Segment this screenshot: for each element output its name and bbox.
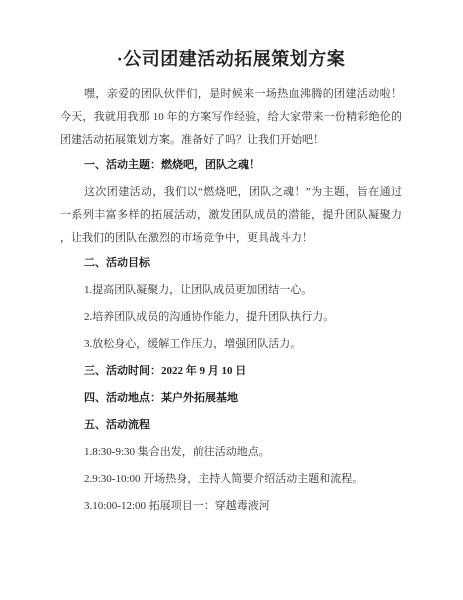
document-title: ·公司团建活动拓展策划方案	[60, 46, 402, 72]
doc-line: 今天，我就用我那 10 年的方案写作经验，给大家带来一份精彩绝伦的	[60, 106, 402, 129]
section-heading: 四、活动地点：某户外拓展基地	[60, 387, 402, 410]
document-body: 嘿，亲爱的团队伙伴们，是时候来一场热血沸腾的团建活动啦！今天，我就用我那 10 …	[60, 83, 402, 518]
document-page: ·公司团建活动拓展策划方案 嘿，亲爱的团队伙伴们，是时候来一场热血沸腾的团建活动…	[0, 0, 463, 600]
list-item: 1.提高团队凝聚力，让团队成员更加团结一心。	[60, 279, 402, 302]
list-item: 2.培养团队成员的沟通协作能力，提升团队执行力。	[60, 306, 402, 329]
section-heading: 二、活动目标	[60, 252, 402, 275]
doc-paragraph: 嘿，亲爱的团队伙伴们，是时候来一场热血沸腾的团建活动啦！今天，我就用我那 10 …	[60, 83, 402, 152]
doc-line: 团建活动拓展策划方案。准备好了吗？让我们开始吧！	[60, 129, 402, 152]
doc-line: 一系列丰富多样的拓展活动，激发团队成员的潜能，提升团队凝聚力	[60, 204, 402, 227]
doc-line: 这次团建活动，我们以“燃烧吧，团队之魂！”为主题，旨在通过	[60, 181, 402, 204]
section-heading: 五、活动流程	[60, 414, 402, 437]
doc-paragraph: 这次团建活动，我们以“燃烧吧，团队之魂！”为主题，旨在通过一系列丰富多样的拓展活…	[60, 181, 402, 250]
list-item: 3.放松身心，缓解工作压力，增强团队活力。	[60, 333, 402, 356]
list-item: 2.9:30-10:00 开场热身，主持人简要介绍活动主题和流程。	[60, 468, 402, 491]
doc-line: ，让我们的团队在激烈的市场竞争中，更具战斗力！	[60, 227, 402, 250]
section-heading: 一、活动主题：燃烧吧，团队之魂！	[60, 154, 402, 177]
doc-line: 嘿，亲爱的团队伙伴们，是时候来一场热血沸腾的团建活动啦！	[60, 83, 402, 106]
section-heading: 三、活动时间：2022 年 9 月 10 日	[60, 360, 402, 383]
list-item: 3.10:00-12:00 拓展项目一：穿越毒液河	[60, 495, 402, 518]
list-item: 1.8:30-9:30 集合出发，前往活动地点。	[60, 441, 402, 464]
